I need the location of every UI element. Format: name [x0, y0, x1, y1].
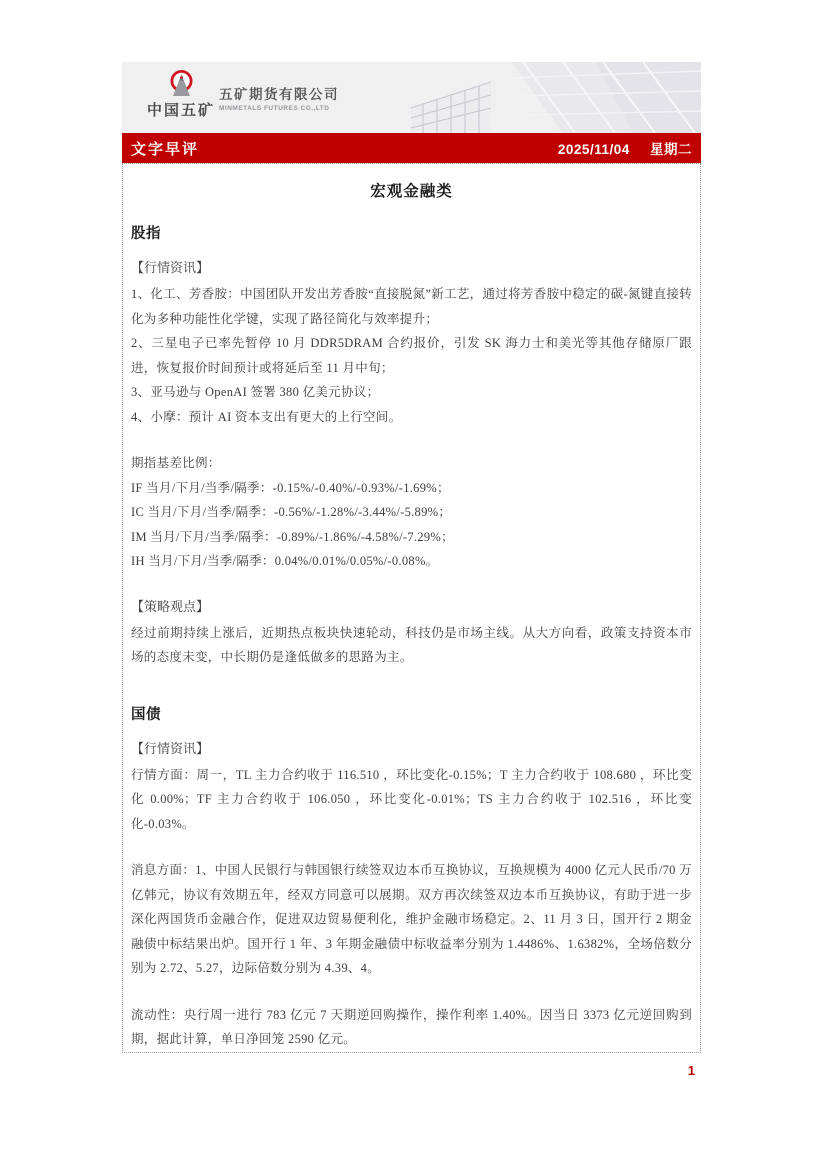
basis-line-ic: IC 当月/下月/当季/隔季：-0.56%/-1.28%/-3.44%/-5.8…: [131, 500, 692, 525]
treasury-news-paragraph: 消息方面：1、中国人民银行与韩国银行续签双边本币互换协议，互换规模为 4000 …: [131, 858, 692, 981]
report-type-title: 文字早评: [131, 138, 199, 159]
title-bar: 文字早评 2025/11/04 星期二: [122, 133, 701, 163]
strategy-paragraph: 经过前期持续上涨后，近期热点板块快速轮动，科技仍是市场主线。从大方向看，政策支持…: [131, 621, 692, 670]
section-heading-treasury: 国债: [131, 703, 692, 724]
basis-line-im: IM 当月/下月/当季/隔季：-0.89%/-1.86%/-4.58%/-7.2…: [131, 525, 692, 550]
document-column: 中国五矿 五矿期货有限公司 MINMETALS FUTURES CO.,LTD …: [122, 0, 701, 1053]
weekday-text: 星期二: [650, 142, 692, 157]
company-name-cn: 五矿期货有限公司: [219, 83, 339, 103]
news-item: 1、化工、芳香胺：中国团队开发出芳香胺“直接脱氮”新工艺，通过将芳香胺中稳定的碳…: [131, 282, 692, 331]
content-area: 宏观金融类 股指 【行情资讯】 1、化工、芳香胺：中国团队开发出芳香胺“直接脱氮…: [122, 163, 701, 1053]
section-heading-stock-index: 股指: [131, 222, 692, 243]
basis-line-if: IF 当月/下月/当季/隔季：-0.15%/-0.40%/-0.93%/-1.6…: [131, 476, 692, 501]
strategy-label: 【策略观点】: [131, 596, 692, 615]
basis-line-ih: IH 当月/下月/当季/隔季：0.04%/0.01%/0.05%/-0.08%。: [131, 549, 692, 574]
report-date: 2025/11/04 星期二: [558, 138, 692, 158]
treasury-liquidity-paragraph: 流动性：央行周一进行 783 亿元 7 天期逆回购操作，操作利率 1.40%。因…: [131, 1003, 692, 1052]
building-watermark: [411, 62, 701, 133]
minmetals-mountain-ring-icon: [168, 68, 195, 99]
page-number: 1: [688, 1063, 695, 1078]
category-title: 宏观金融类: [131, 179, 692, 201]
news-item: 4、小摩：预计 AI 资本支出有更大的上行空间。: [131, 405, 692, 430]
stock-index-info-label: 【行情资讯】: [131, 257, 692, 276]
date-text: 2025/11/04: [558, 142, 630, 157]
treasury-info-label: 【行情资讯】: [131, 738, 692, 757]
company-name-block: 五矿期货有限公司 MINMETALS FUTURES CO.,LTD: [219, 83, 339, 112]
news-item: 3、亚马逊与 OpenAI 签署 380 亿美元协议；: [131, 380, 692, 405]
report-page: 中国五矿 五矿期货有限公司 MINMETALS FUTURES CO.,LTD …: [0, 0, 826, 1169]
basis-ratio-title: 期指基差比例：: [131, 451, 692, 476]
company-name-en: MINMETALS FUTURES CO.,LTD: [219, 105, 339, 112]
treasury-market-paragraph: 行情方面：周一，TL 主力合约收于 116.510 ，环比变化-0.15%；T …: [131, 763, 692, 837]
masthead: 中国五矿 五矿期货有限公司 MINMETALS FUTURES CO.,LTD: [122, 62, 701, 133]
page-footer: 1: [122, 1053, 701, 1080]
news-item: 2、三星电子已率先暂停 10 月 DDR5DRAM 合约报价，引发 SK 海力士…: [131, 331, 692, 380]
